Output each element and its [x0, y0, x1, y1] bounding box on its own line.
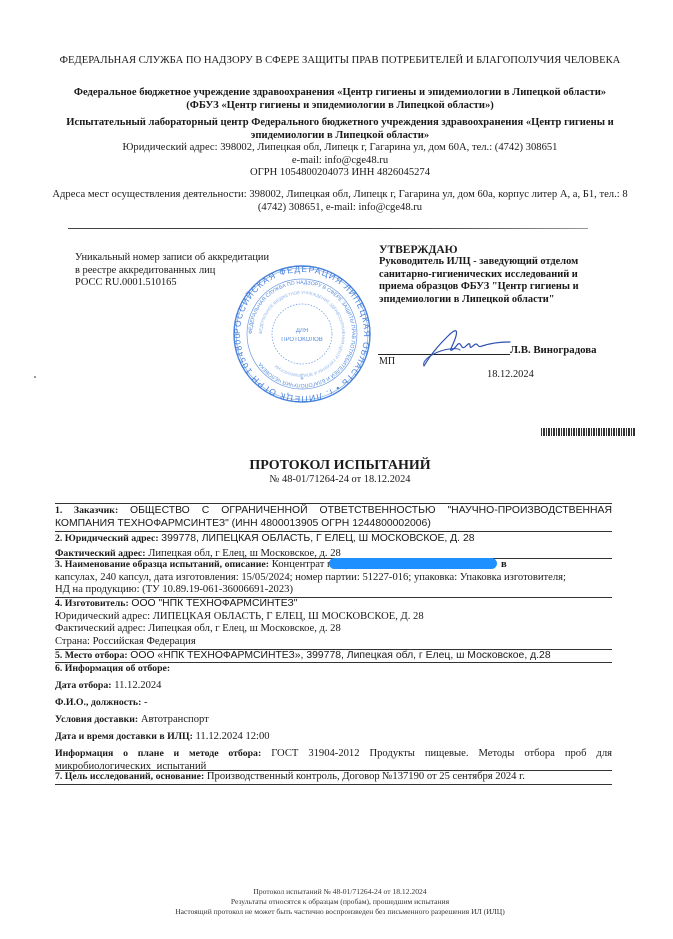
section-sampling-info: 6. Информация об отборе: Дата отбора: 11… [55, 663, 612, 773]
header-divider [68, 228, 588, 229]
redaction-bar [329, 558, 497, 569]
footer-results-note: Результаты относятся к образцам (пробам)… [60, 897, 620, 907]
delivery-datetime-value: 11.12.2024 12:00 [196, 731, 270, 742]
seal-place-label: МП [379, 356, 395, 367]
sampling-date-value: 11.12.2024 [114, 680, 161, 691]
delivery-datetime-label: Дата и время доставки в ИЛЦ: [55, 731, 193, 742]
customer-value: ОБЩЕСТВО С ОГРАНИЧЕННОЙ ОТВЕТСТВЕННОСТЬЮ… [55, 505, 612, 529]
purpose-value: Производственный контроль, Договор №1371… [207, 771, 525, 782]
institution-name: Федеральное бюджетное учреждение здравоо… [40, 86, 640, 112]
approval-line2: санитарно-гигиенических исследований и [379, 269, 579, 281]
sampler-value: - [144, 697, 148, 708]
footer-reproduction-note: Настоящий протокол не может быть частичн… [60, 907, 620, 917]
stamp-center-line2: ПРОТОКОЛОВ [281, 337, 323, 343]
svg-text:*: * [300, 376, 304, 384]
approval-block: УТВЕРЖДАЮ Руководитель ИЛЦ - заведующий … [379, 244, 579, 306]
manufacturer-label: 4. Изготовитель: [55, 598, 129, 609]
approval-line3: приема образцов ФБУЗ "Центр гигиены и [379, 281, 579, 293]
section-legal-address: 2. Юридический адрес: 399778, ЛИПЕЦКАЯ О… [55, 533, 612, 560]
delivery-conditions-label: Условия доставки: [55, 714, 138, 725]
legal-address-label: 2. Юридический адрес: [55, 533, 159, 544]
lab-center-block: Испытательный лабораторный центр Федерал… [40, 117, 640, 180]
page-footer: Протокол испытаний № 48-01/71264-24 от 1… [60, 887, 620, 917]
approval-date: 18.12.2024 [487, 369, 534, 380]
manufacturer-country: Страна: Российская Федерация [55, 636, 612, 649]
activity-address: Адреса мест осуществления деятельности: … [40, 188, 640, 214]
section-divider [55, 503, 612, 504]
sampling-place-label: 5. Место отбора: [55, 650, 128, 661]
agency-title: ФЕДЕРАЛЬНАЯ СЛУЖБА ПО НАДЗОРУ В СФЕРЕ ЗА… [40, 54, 640, 67]
customer-label: 1. Заказчик: [55, 505, 118, 516]
protocol-title: ПРОТОКОЛ ИСПЫТАНИЙ [200, 458, 480, 474]
sampling-method-label: Информация о плане и методе отбора: [55, 748, 261, 759]
section-customer: 1. Заказчик: ОБЩЕСТВО С ОГРАНИЧЕННОЙ ОТВ… [55, 505, 612, 530]
section-divider [55, 531, 612, 532]
fact-address-value: Липецкая обл, г Елец, ш Московское, д. 2… [148, 548, 341, 559]
accreditation-line1: Уникальный номер записи об аккредитации [75, 252, 269, 265]
legal-address: Юридический адрес: 398002, Липецкая обл,… [40, 142, 640, 155]
section-manufacturer: 4. Изготовитель: ООО "НПК ТЕХНОФАРМСИНТЕ… [55, 598, 612, 648]
email: e-mail: info@cge48.ru [40, 155, 640, 168]
fact-address-label: Фактический адрес: [55, 548, 146, 559]
barcode-icon [541, 428, 635, 436]
lab-center-name: Испытательный лабораторный центр Федерал… [40, 117, 640, 142]
svg-text:ФЕДЕРАЛЬНАЯ СЛУЖБА ПО НАДЗОРУ: ФЕДЕРАЛЬНАЯ СЛУЖБА ПО НАДЗОРУ В СФЕРЕ ЗА… [248, 280, 356, 388]
sample-normative-doc: НД на продукцию: (ТУ 10.89.19-061-360066… [55, 584, 612, 597]
purpose-label: 7. Цель исследований, основание: [55, 771, 204, 782]
signature-icon [418, 322, 518, 372]
legal-address-value: 399778, ЛИПЕЦКАЯ ОБЛАСТЬ, Г ЕЛЕЦ, Ш МОСК… [161, 533, 474, 544]
stamp-inner-text: ФЕДЕРАЛЬНАЯ СЛУЖБА ПО НАДЗОРУ В СФЕРЕ ЗА… [248, 280, 356, 388]
sampler-label: Ф.И.О., должность: [55, 697, 141, 708]
approval-line1: Руководитель ИЛЦ - заведующий отделом [379, 256, 579, 268]
section-sampling-place: 5. Место отбора: ООО «НПК ТЕХНОФАРМСИНТЕ… [55, 650, 612, 663]
approval-line4: эпидемиологии в Липецкой области" [379, 294, 579, 306]
section-purpose: 7. Цель исследований, основание: Произво… [55, 771, 612, 784]
sample-label: 3. Наименование образца испытаний, описа… [55, 559, 269, 570]
official-stamp-icon: РОССИЙСКАЯ ФЕДЕРАЦИЯ ЛИПЕЦКАЯ ОБЛАСТЬ • … [232, 264, 372, 404]
institution-short: (ФБУЗ «Центр гигиены и эпидемиологии в Л… [40, 99, 640, 112]
sampling-date-label: Дата отбора: [55, 680, 112, 691]
sample-details: капсулах, 240 капсул, дата изготовления:… [55, 572, 612, 585]
manufacturer-value: ООО "НПК ТЕХНОФАРМСИНТЕЗ" [131, 598, 297, 609]
institution-full: Федеральное бюджетное учреждение здравоо… [40, 86, 640, 99]
dot-mark [34, 376, 36, 378]
sampling-place-value: ООО «НПК ТЕХНОФАРМСИНТЕЗ», 399778, Липец… [130, 650, 550, 661]
protocol-number: № 48-01/71264-24 от 18.12.2024 [200, 474, 480, 485]
sample-value-after: в [501, 559, 507, 572]
sampling-info-label: 6. Информация об отборе: [55, 663, 170, 674]
approval-title: УТВЕРЖДАЮ [379, 244, 579, 256]
signer-name: Л.В. Виноградова [510, 344, 597, 356]
manufacturer-fact-address: Фактический адрес: Липецкая обл, г Елец,… [55, 623, 612, 636]
ogrn-inn: ОГРН 1054800204073 ИНН 4826045274 [40, 167, 640, 180]
section-divider [55, 784, 612, 785]
delivery-conditions-value: Автотранспорт [141, 714, 209, 725]
stamp-center-line1: ДЛЯ [296, 328, 308, 334]
manufacturer-legal-address: Юридический адрес: ЛИПЕЦКАЯ ОБЛАСТЬ, Г Е… [55, 611, 612, 624]
footer-protocol-ref: Протокол испытаний № 48-01/71264-24 от 1… [60, 887, 620, 897]
